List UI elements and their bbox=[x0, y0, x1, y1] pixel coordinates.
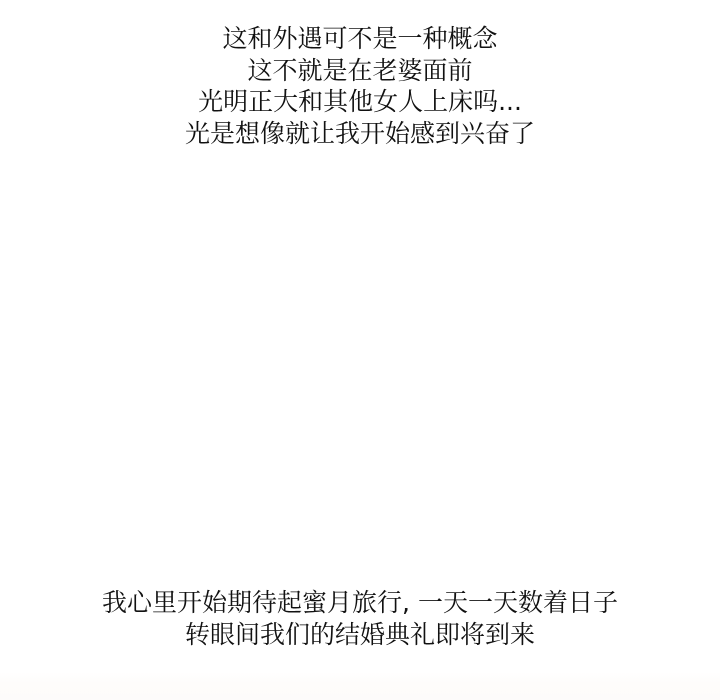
caption-top: 这和外遇可不是一种概念 这不就是在老婆面前 光明正大和其他女人上床吗... 光是… bbox=[0, 23, 720, 149]
caption-line: 转眼间我们的结婚典礼即将到来 bbox=[0, 619, 720, 651]
caption-line: 这和外遇可不是一种概念 bbox=[0, 23, 720, 55]
caption-line: 光是想像就让我开始感到兴奋了 bbox=[0, 118, 720, 150]
caption-line: 我心里开始期待起蜜月旅行, 一天一天数着日子 bbox=[0, 587, 720, 619]
caption-line: 光明正大和其他女人上床吗... bbox=[0, 86, 720, 118]
bottom-edge-tint bbox=[0, 672, 720, 700]
caption-bottom: 我心里开始期待起蜜月旅行, 一天一天数着日子 转眼间我们的结婚典礼即将到来 bbox=[0, 587, 720, 650]
comic-panel: 这和外遇可不是一种概念 这不就是在老婆面前 光明正大和其他女人上床吗... 光是… bbox=[0, 0, 720, 700]
caption-line: 这不就是在老婆面前 bbox=[0, 55, 720, 87]
